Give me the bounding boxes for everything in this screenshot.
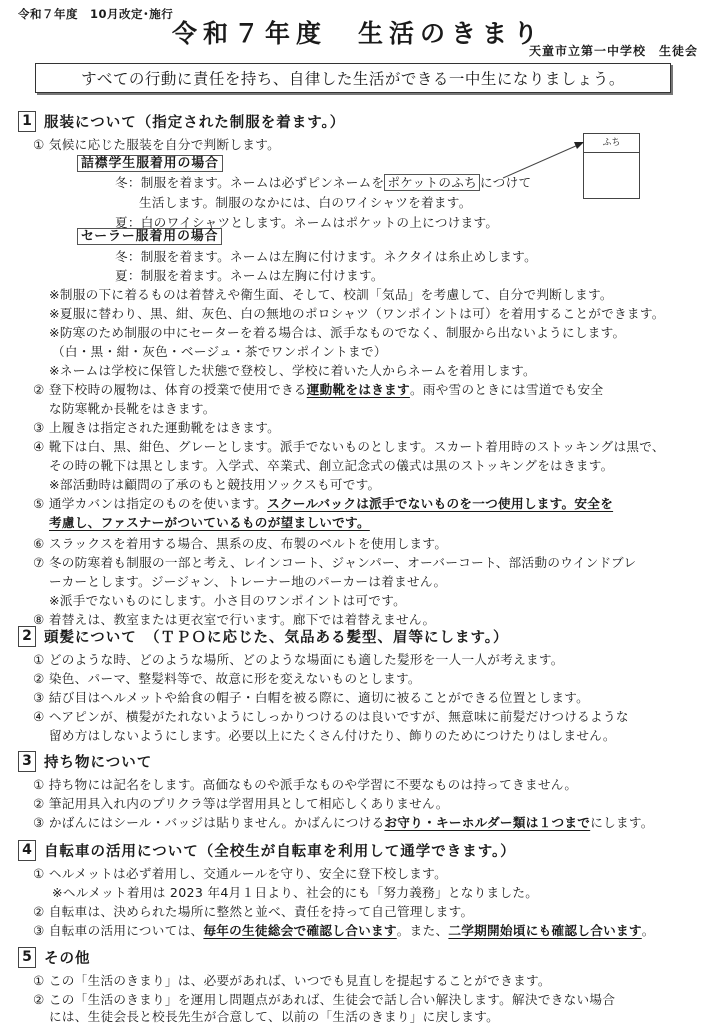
note-item: ※ネームは学校に保管した状態で登校し、学校に着いた人からネームを着用します。 bbox=[49, 360, 536, 379]
section-title: 持ち物について bbox=[44, 751, 152, 772]
subheading-sailor: セーラー服着用の場合 bbox=[77, 225, 222, 244]
note-item: ※部活動時は顧問の了承のもと競技用ソックスも可です。 bbox=[49, 474, 380, 493]
list-item: な防寒靴か長靴をはきます。 bbox=[49, 398, 216, 417]
list-item: ③ 自転車の活用については、毎年の生徒総会で確認し合います。また、二学期開始頃に… bbox=[33, 920, 655, 939]
note-item: ※派手でないものにします。小さ目のワンポイントは可です。 bbox=[49, 590, 406, 609]
list-item: ④ 靴下は白、黒、紺色、グレーとします。派手でないものとします。スカート着用時の… bbox=[33, 436, 665, 455]
list-item: ④ ヘアピンが、横髪がたれないようにしっかりつけるのは良いですが、無意味に前髪だ… bbox=[33, 706, 629, 725]
list-item: ① この「生活のきまり」は、必要があれば、いつでも見直しを提起することができます… bbox=[33, 970, 551, 989]
list-item: ① 持ち物には記名をします。高価なものや派手なものや学習に不要なものは持ってきま… bbox=[33, 774, 577, 793]
motto-box: すべての行動に責任を持ち、自律した生活ができる一中生になりましょう。 bbox=[35, 63, 671, 93]
list-item: には、生徒会長と校長先生が合意して、以前の「生活のきまり」に戻します。 bbox=[49, 1006, 499, 1024]
list-item: ② 登下校時の履物は、体育の授業で使用できる運動靴をはきます。雨や雪のときには雪… bbox=[33, 379, 603, 398]
organization-name: 天童市立第一中学校 生徒会 bbox=[529, 42, 698, 59]
list-item: 考慮し、ファスナーがついているものが望ましいです。 bbox=[49, 512, 370, 531]
list-item: ③ 結び目はヘルメットや給食の帽子・白帽を被る際に、適切に被ることができる位置と… bbox=[33, 687, 589, 706]
list-item: ⑦ 冬の防寒着も制服の一部と考え、レインコート、ジャンパー、オーバーコート、部活… bbox=[33, 552, 636, 571]
list-item: その時の靴下は黒とします。入学式、卒業式、創立記念式の儀式は黒のストッキングをは… bbox=[49, 455, 614, 474]
list-item: 冬：制服を着ます。ネームは必ずピンネームをポケットのふちにつけて bbox=[115, 172, 531, 191]
subheading-gakuran: 詰襟学生服着用の場合 bbox=[77, 152, 223, 171]
list-item: ⑤ 通学カバンは指定のものを使います。スクールバックは派手でないものを一つ使用し… bbox=[33, 493, 613, 512]
note-item: （白・黒・紺・灰色・ベージュ・茶でワンポイントまで） bbox=[52, 341, 387, 360]
pocket-diagram: ふち bbox=[583, 133, 640, 199]
motto-text: すべての行動に責任を持ち、自律した生活ができる一中生になりましょう。 bbox=[81, 67, 625, 89]
section-title: その他 bbox=[44, 947, 91, 968]
list-item: 生活します。制服のなかには、白のワイシャツを着ます。 bbox=[139, 192, 472, 211]
section-number: 2 bbox=[18, 626, 36, 647]
section-title: 服装について（指定された制服を着ます。） bbox=[44, 111, 345, 132]
list-item: ーカーとします。ジージャン、トレーナー地のパーカーは着ません。 bbox=[49, 571, 446, 590]
section-4-heading: 4 自転車の活用について（全校生が自転車を利用して通学できます。） bbox=[18, 840, 516, 861]
section-number: 3 bbox=[18, 751, 36, 772]
note-item: ※制服の下に着るものは着替えや衛生面、そして、校訓「気品」を考慮して、自分で判断… bbox=[49, 284, 613, 303]
list-item: ① ヘルメットは必ず着用し、交通ルールを守り、安全に登下校します。 bbox=[33, 863, 447, 882]
list-item: ③ 上履きは指定された運動靴をはきます。 bbox=[33, 417, 280, 436]
list-item: 夏：制服を着ます。ネームは左胸に付けます。 bbox=[115, 265, 384, 284]
list-item: ① 気候に応じた服装を自分で判断します。 bbox=[33, 134, 280, 153]
section-title: 自転車の活用について（全校生が自転車を利用して通学できます。） bbox=[44, 840, 516, 861]
list-item: ② 筆記用具入れ内のプリクラ等は学習用具として相応しくありません。 bbox=[33, 793, 449, 812]
section-number: 4 bbox=[18, 840, 36, 861]
list-item: 留め方はしないようにします。必要以上にたくさん付けたり、飾りのためにつけたりはし… bbox=[49, 725, 616, 744]
section-number: 5 bbox=[18, 947, 36, 968]
section-2-heading: 2 頭髪について （ＴＰＯに応じた、気品ある髪型、眉等にします。） bbox=[18, 626, 509, 647]
list-item: ① どのような時、どのような場所、どのような場面にも適した髪形を一人一人が考えま… bbox=[33, 649, 564, 668]
section-1-heading: 1 服装について（指定された制服を着ます。） bbox=[18, 111, 345, 132]
pocket-edge-label: ふち bbox=[584, 134, 639, 153]
section-number: 1 bbox=[18, 111, 36, 132]
list-item: ② 自転車は、決められた場所に整然と並べ、責任を持って自己管理します。 bbox=[33, 901, 473, 920]
note-item: ※夏服に替わり、黒、紺、灰色、白の無地のポロシャツ（ワンポイントは可）を着用する… bbox=[49, 303, 665, 322]
list-item: ⑥ スラックスを着用する場合、黒系の皮、布製のベルトを使用します。 bbox=[33, 533, 447, 552]
section-3-heading: 3 持ち物について bbox=[18, 751, 152, 772]
list-item: 冬：制服を着ます。ネームは左胸に付けます。ネクタイは糸止めします。 bbox=[115, 246, 537, 265]
pocket-edge-highlight: ポケットのふち bbox=[384, 174, 480, 191]
note-item: ※防寒のため制服の中にセーターを着る場合は、派手なものでなく、制服から出ないよう… bbox=[49, 322, 625, 341]
note-item: ※ヘルメット着用は 2023 年4月１日より、社会的にも「努力義務」となりました… bbox=[52, 882, 538, 901]
list-item: ③ かばんにはシール・バッジは貼りません。かばんにつけるお守り・キーホルダー類は… bbox=[33, 812, 654, 831]
section-5-heading: 5 その他 bbox=[18, 947, 91, 968]
section-title: 頭髪について （ＴＰＯに応じた、気品ある髪型、眉等にします。） bbox=[44, 626, 509, 647]
list-item: ② 染色、パーマ、整髪料等で、故意に形を変えないものとします。 bbox=[33, 668, 421, 687]
